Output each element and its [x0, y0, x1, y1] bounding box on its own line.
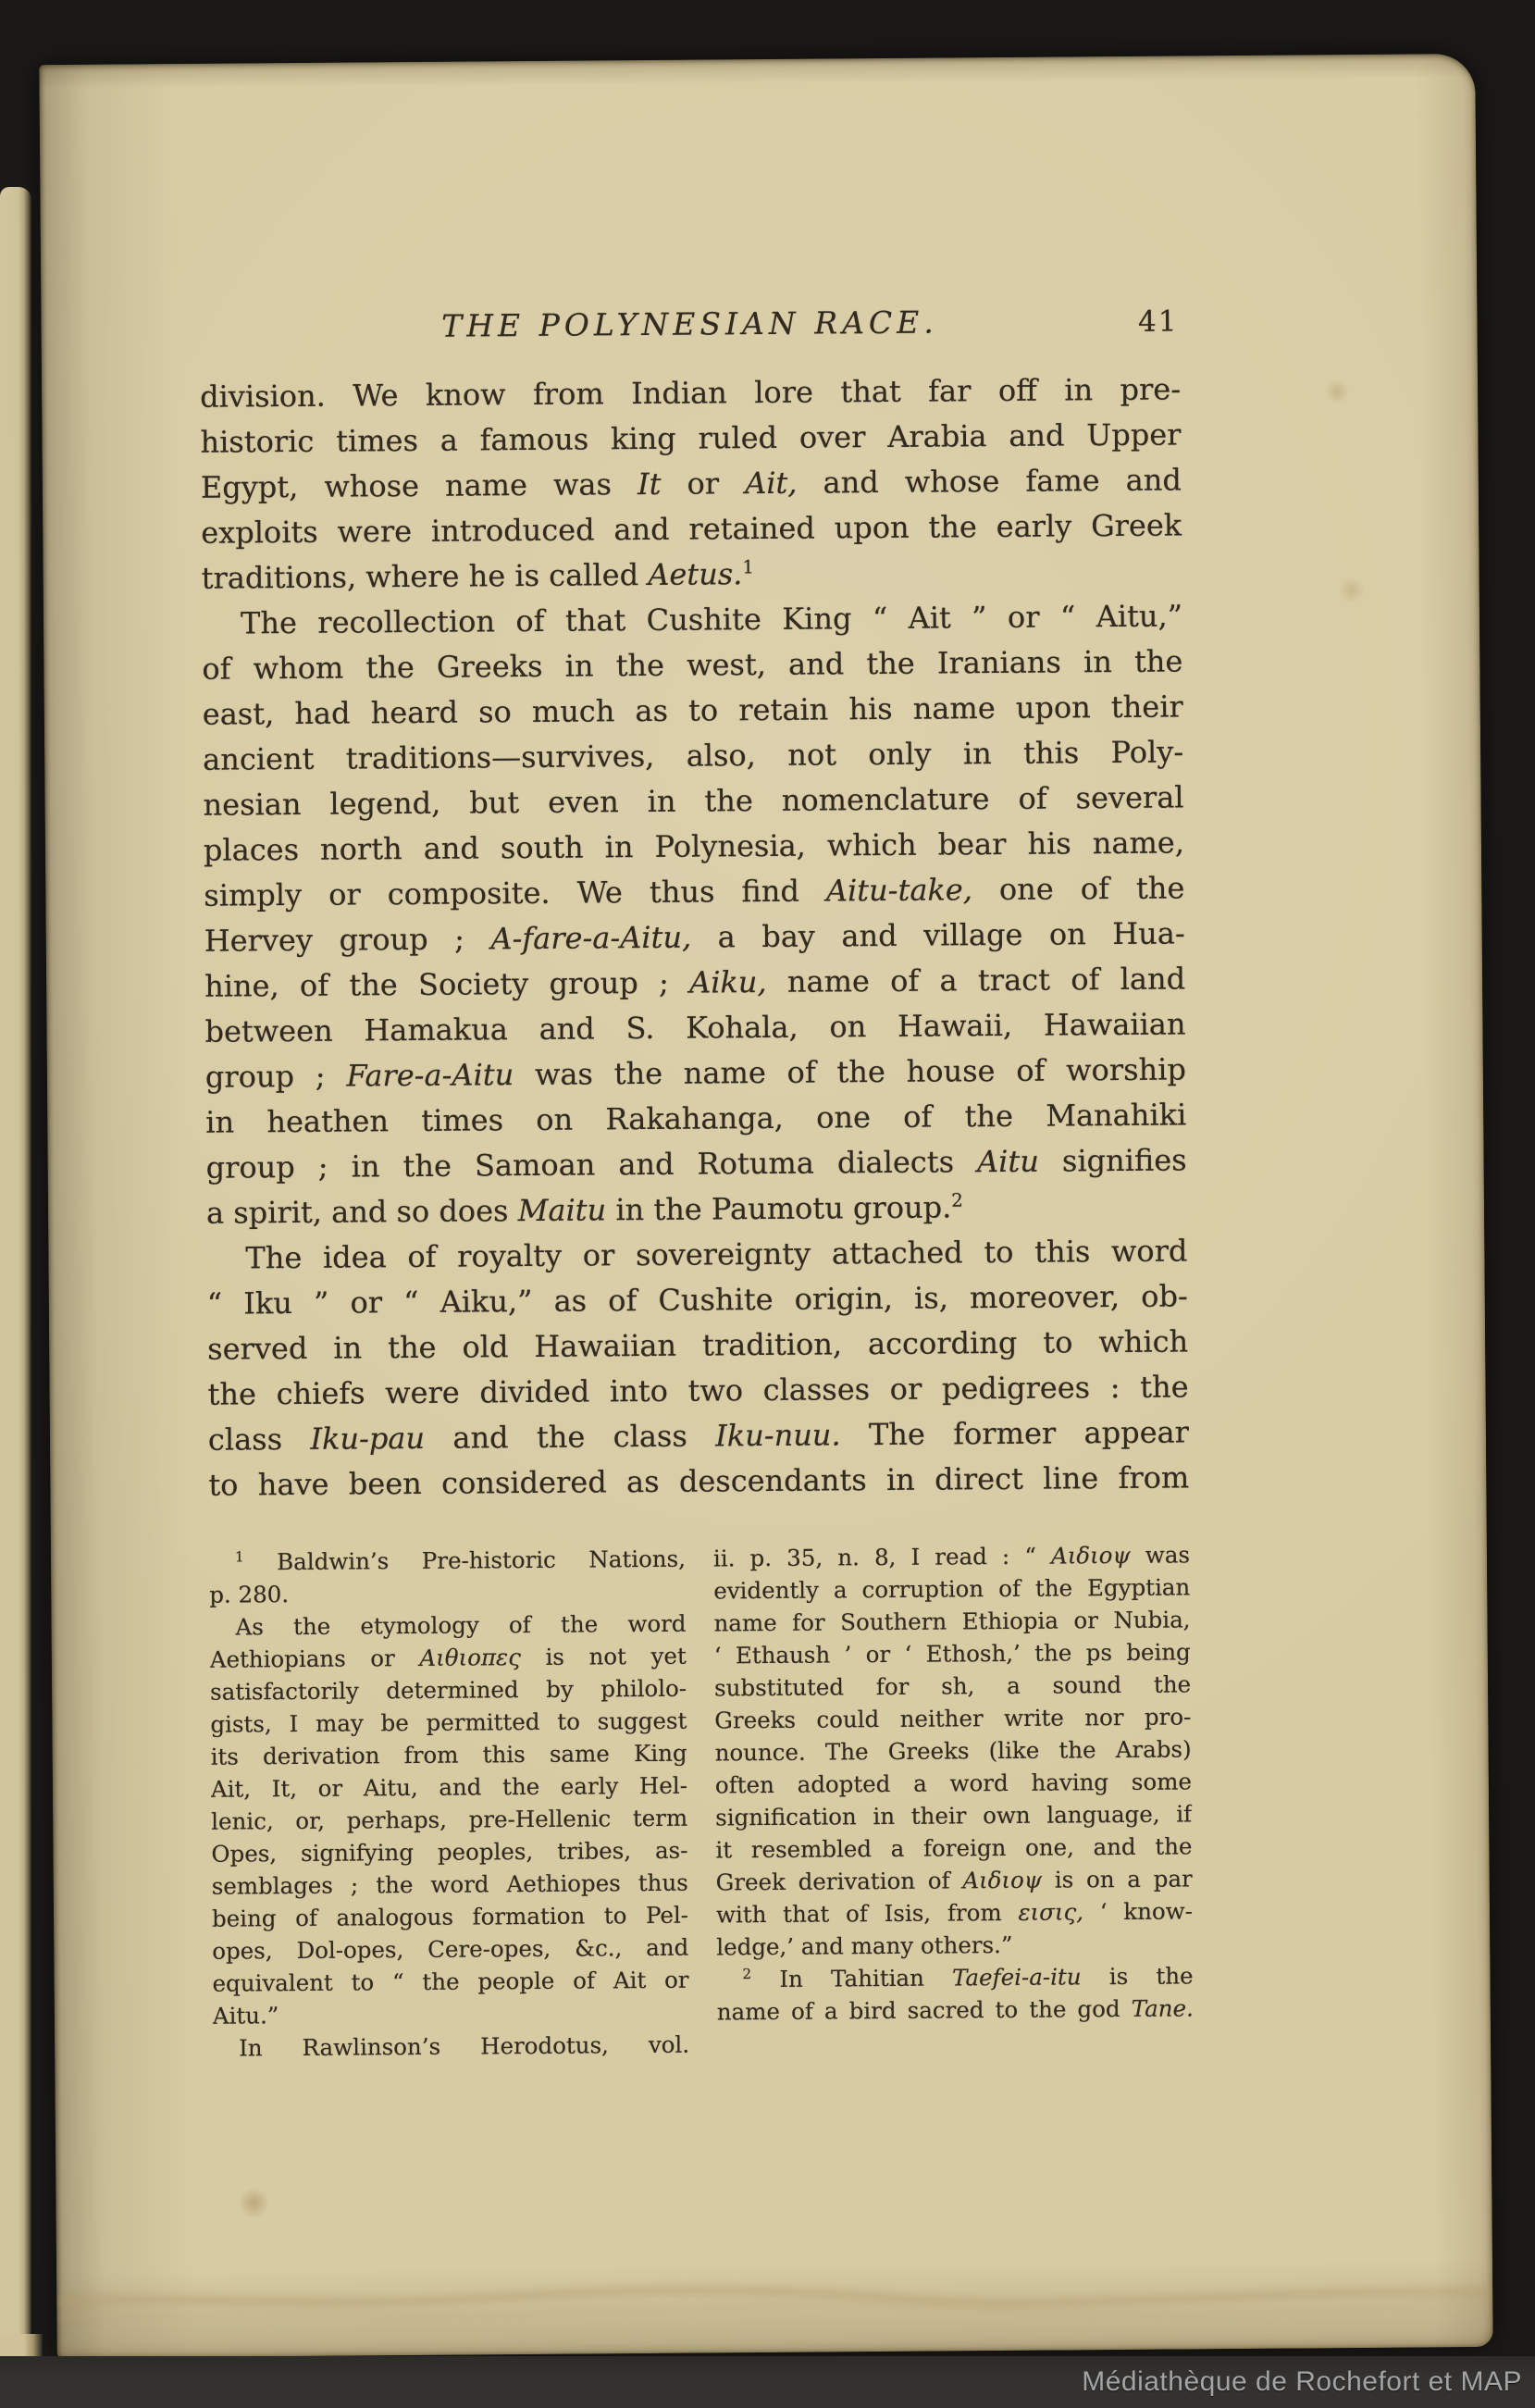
footnotes: 1 Baldwin’s Pre-historic Nations,p. 280.… — [209, 1538, 1194, 2064]
text-line: traditions, where he is called Aetus.1 — [201, 548, 1182, 601]
text-line: class Iku-pau and the class Iku-nuu. The… — [208, 1409, 1189, 1462]
water-stain-line — [56, 2210, 1493, 2360]
scan-background: THE POLYNESIAN RACE. 41 division. We kno… — [0, 0, 1535, 2408]
text-line: ledge,’ and many others.” — [716, 1927, 1193, 1963]
text-line: p. 280. — [209, 1575, 686, 1611]
text-line: being of analogous formation to Pel- — [212, 1899, 688, 1935]
stain-spot — [1324, 380, 1350, 403]
text-line: equivalent to “ the people of Ait or — [212, 1964, 688, 2000]
text-line: of whom the Greeks in the west, and the … — [202, 639, 1182, 691]
text-line: a spirit, and so does Maitu in the Paumo… — [206, 1183, 1187, 1235]
text-line: gists, I may be permitted to suggest — [210, 1705, 687, 1741]
text-line: exploits were introduced and retained up… — [201, 503, 1182, 555]
text-line: name of a bird sacred to the god Tane. — [717, 1992, 1194, 2028]
text-line: places north and south in Polynesia, whi… — [204, 820, 1184, 873]
text-line: opes, Dol-opes, Cere-opes, &c., and — [212, 1931, 688, 1967]
text-line: Aitu.” — [213, 1996, 689, 2032]
text-line: east, had heard so much as to retain his… — [203, 684, 1183, 737]
text-line: evidently a corruption of the Egyptian — [713, 1570, 1190, 1607]
text-line: substituted for sh, a sound the — [714, 1668, 1191, 1704]
text-line: In Rawlinson’s Herodotus, vol. — [213, 2029, 689, 2065]
running-head-title: THE POLYNESIAN RACE. — [199, 302, 1180, 345]
text-line: hine, of the Society group ; Aiku, name … — [204, 956, 1185, 1009]
text-line: Ait, It, or Aitu, and the early Hel- — [211, 1769, 687, 1806]
text-line: Egypt, whose name was It or Ait, and who… — [201, 457, 1182, 510]
text-line: with that of Isis, from εισις, ‘ know- — [716, 1894, 1193, 1930]
text-line: As the etymology of the word — [209, 1607, 686, 1644]
text-line: served in the old Hawaiian tradition, ac… — [207, 1319, 1188, 1372]
adjacent-page-edge — [0, 187, 31, 2371]
text-line: historic times a famous king ruled over … — [200, 412, 1181, 465]
text-line: The recollection of that Cushite King “ … — [202, 593, 1182, 646]
text-line: Greeks could neither write nor pro- — [714, 1700, 1191, 1736]
text-line: lenic, or, perhaps, pre-Hellenic term — [211, 1802, 687, 1838]
text-line: in heathen times on Rakahanga, one of th… — [205, 1092, 1186, 1145]
text-line: to have been considered as descendants i… — [208, 1455, 1189, 1508]
text-line: Opes, signifying peoples, tribes, as- — [211, 1834, 687, 1870]
text-line: “ Iku ” or “ Aiku,” as of Cushite origin… — [207, 1273, 1188, 1326]
text-line: group ; in the Samoan and Rotuma dialect… — [205, 1137, 1186, 1190]
text-line: group ; Fare-a-Aitu was the name of the … — [205, 1047, 1186, 1099]
footnote-column-left: 1 Baldwin’s Pre-historic Nations,p. 280.… — [209, 1543, 689, 2065]
running-head: THE POLYNESIAN RACE. 41 — [199, 302, 1180, 352]
text-line: the chiefs were divided into two classes… — [207, 1364, 1188, 1417]
text-line: 1 Baldwin’s Pre-historic Nations, — [209, 1543, 686, 1579]
text-line: ‘ Ethaush ’ or ‘ Ethosh,’ the ps being — [714, 1635, 1191, 1671]
text-line: Hervey group ; A-fare-a-Aitu, a bay and … — [204, 911, 1185, 963]
text-line: signification in their own language, if — [715, 1797, 1192, 1833]
text-line: often adopted a word having some — [715, 1765, 1192, 1801]
text-line: nounce. The Greeks (like the Arabs) — [715, 1732, 1192, 1769]
text-line: semblages ; the word Aethiopes thus — [212, 1867, 688, 1903]
text-line: The idea of royalty or sovereignty attac… — [206, 1228, 1187, 1281]
text-line: division. We know from Indian lore that … — [200, 366, 1181, 419]
text-line: simply or composite. We thus find Aitu-t… — [204, 865, 1184, 918]
stain-spot — [237, 2188, 270, 2217]
text-line: Greek derivation of Αιδιοψ is on a par — [716, 1862, 1193, 1898]
text-line: satisfactorily determined by philolo- — [210, 1672, 687, 1708]
footnote-column-right: ii. p. 35, n. 8, I read : “ Αιδιοψ wasev… — [713, 1538, 1194, 2060]
stain-spot — [1337, 578, 1367, 602]
text-line: ancient traditions—survives, also, not o… — [203, 729, 1183, 782]
page-number: 41 — [1138, 304, 1179, 338]
text-line: nesian legend, but even in the nomenclat… — [203, 775, 1183, 827]
text-line: its derivation from this same King — [211, 1737, 687, 1773]
text-line: ii. p. 35, n. 8, I read : “ Αιδιοψ was — [713, 1538, 1190, 1574]
text-line: it resembled a foreign one, and the — [715, 1830, 1192, 1866]
book-page: THE POLYNESIAN RACE. 41 division. We kno… — [39, 54, 1492, 2358]
text-line: Aethiopians or Αιθιοπες is not yet — [210, 1640, 687, 1676]
text-line: name for Southern Ethiopia or Nubia, — [713, 1603, 1190, 1639]
body-text: division. We know from Indian lore that … — [200, 366, 1190, 1508]
text-line: between Hamakua and S. Kohala, on Hawaii… — [204, 1001, 1185, 1054]
text-line: 2 In Tahitian Taefei-a-itu is the — [716, 1959, 1193, 1995]
watermark-credit: Médiathèque de Rochefort et MAP — [1082, 2360, 1522, 2404]
